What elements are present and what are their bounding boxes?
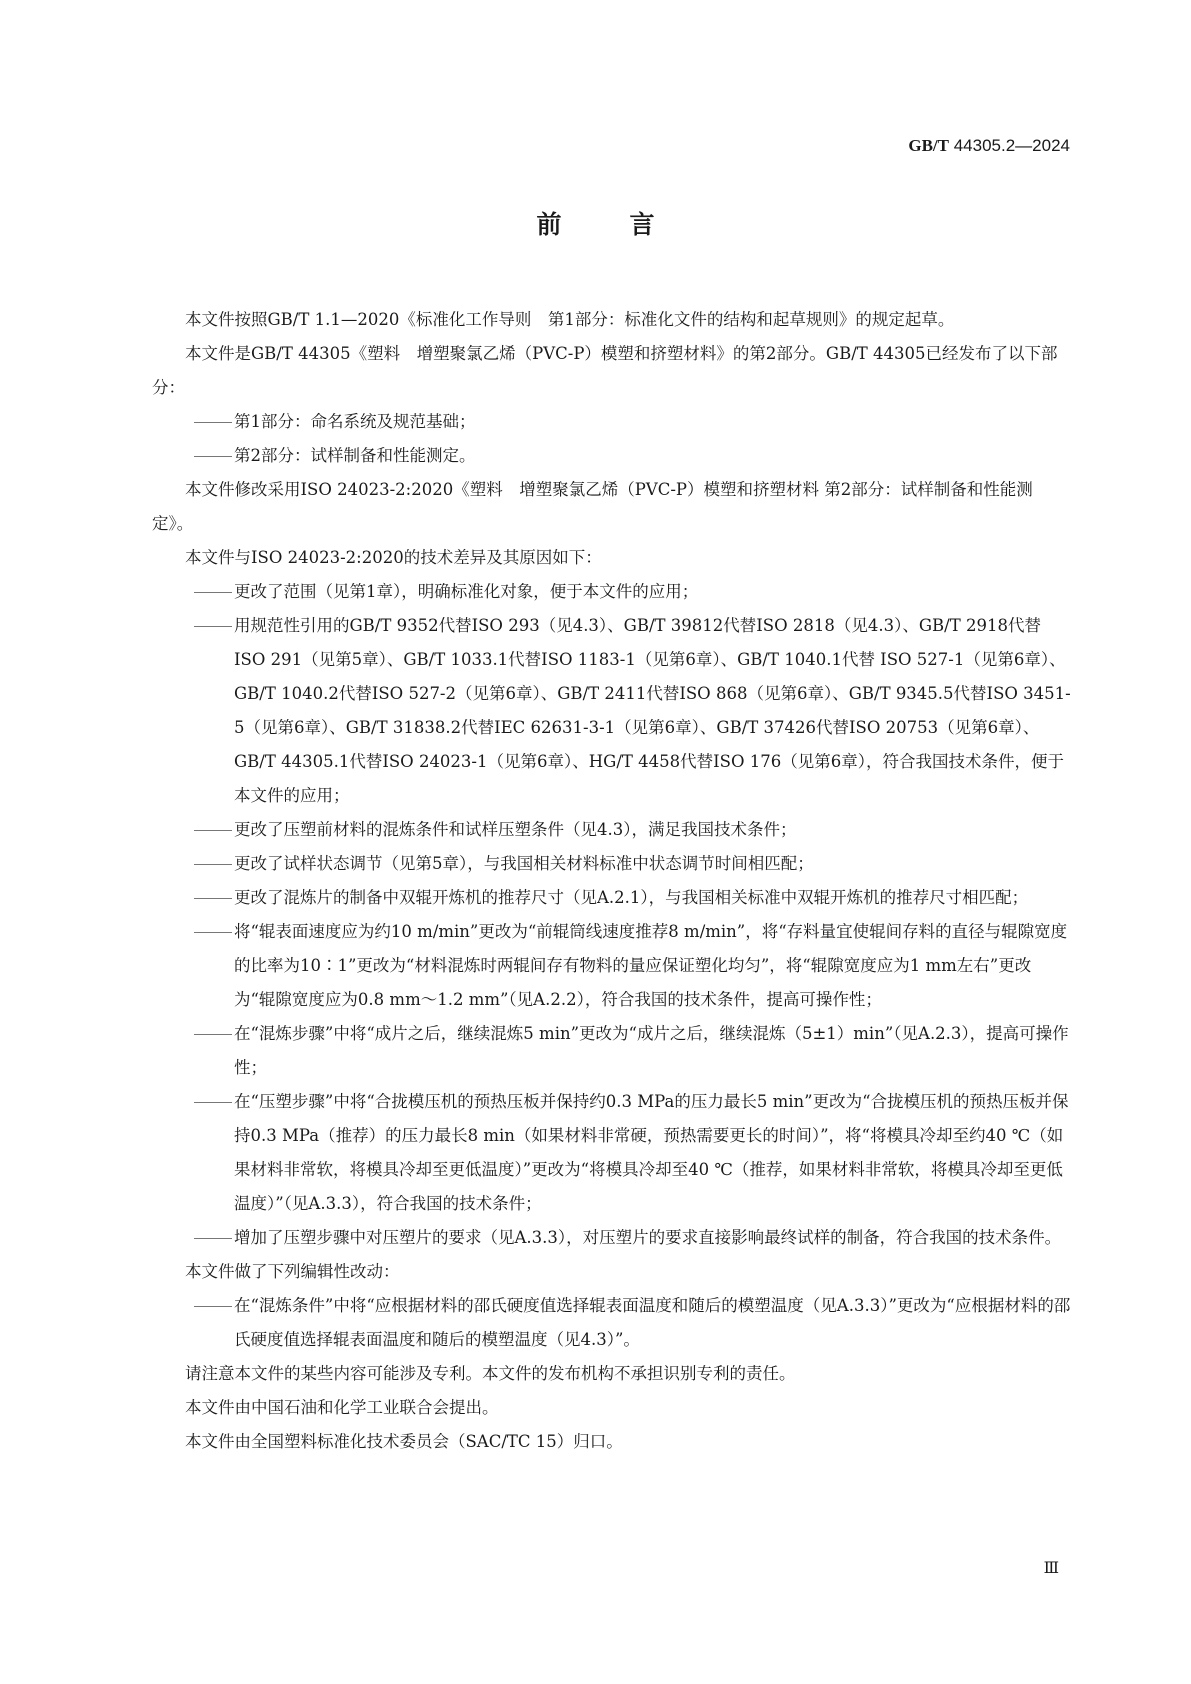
list-item: 第2部分：试样制备和性能测定。 [152, 439, 1072, 473]
foreword-body: 本文件按照GB/T 1.1—2020《标准化工作导则 第1部分：标准化文件的结构… [152, 303, 1072, 1459]
paragraph: 本文件按照GB/T 1.1—2020《标准化工作导则 第1部分：标准化文件的结构… [152, 303, 1072, 337]
paragraph: 本文件修改采用ISO 24023-2:2020《塑料 增塑聚氯乙烯（PVC-P）… [152, 473, 1072, 541]
paragraph: 本文件是GB/T 44305《塑料 增塑聚氯乙烯（PVC-P）模塑和挤塑材料》的… [152, 337, 1072, 405]
list-item: 在“混炼条件”中将“应根据材料的邵氏硬度值选择辊表面温度和随后的模塑温度（见A.… [152, 1289, 1072, 1357]
list-item: 将“辊表面速度应为约10 m/min”更改为“前辊筒线速度推荐8 m/min”，… [152, 915, 1072, 1017]
paragraph: 本文件由全国塑料标准化技术委员会（SAC/TC 15）归口。 [152, 1425, 1072, 1459]
page-title: 前言 [0, 205, 1191, 241]
paragraph: 本文件做了下列编辑性改动： [152, 1255, 1072, 1289]
standard-code: 44305.2—2024 [954, 136, 1070, 155]
title-char-1: 前 [536, 205, 561, 241]
standard-number: GB/T 44305.2—2024 [908, 136, 1070, 156]
paragraph: 请注意本文件的某些内容可能涉及专利。本文件的发布机构不承担识别专利的责任。 [152, 1357, 1072, 1391]
list-item: 用规范性引用的GB/T 9352代替ISO 293（见4.3）、GB/T 398… [152, 609, 1072, 813]
list-item: 更改了混炼片的制备中双辊开炼机的推荐尺寸（见A.2.1），与我国相关标准中双辊开… [152, 881, 1072, 915]
paragraph: 本文件与ISO 24023-2:2020的技术差异及其原因如下： [152, 541, 1072, 575]
list-item: 在“混炼步骤”中将“成片之后，继续混炼5 min”更改为“成片之后，继续混炼（5… [152, 1017, 1072, 1085]
list-item: 第1部分：命名系统及规范基础； [152, 405, 1072, 439]
standard-prefix: GB/T [908, 136, 949, 155]
list-item: 在“压塑步骤”中将“合拢模压机的预热压板并保持约0.3 MPa的压力最长5 mi… [152, 1085, 1072, 1221]
page-number: Ⅲ [1044, 1558, 1059, 1577]
list-item: 更改了范围（见第1章），明确标准化对象，便于本文件的应用； [152, 575, 1072, 609]
paragraph: 本文件由中国石油和化学工业联合会提出。 [152, 1391, 1072, 1425]
list-item: 更改了试样状态调节（见第5章），与我国相关材料标准中状态调节时间相匹配； [152, 847, 1072, 881]
list-item: 增加了压塑步骤中对压塑片的要求（见A.3.3），对压塑片的要求直接影响最终试样的… [152, 1221, 1072, 1255]
title-char-2: 言 [630, 205, 655, 241]
list-item: 更改了压塑前材料的混炼条件和试样压塑条件（见4.3），满足我国技术条件； [152, 813, 1072, 847]
